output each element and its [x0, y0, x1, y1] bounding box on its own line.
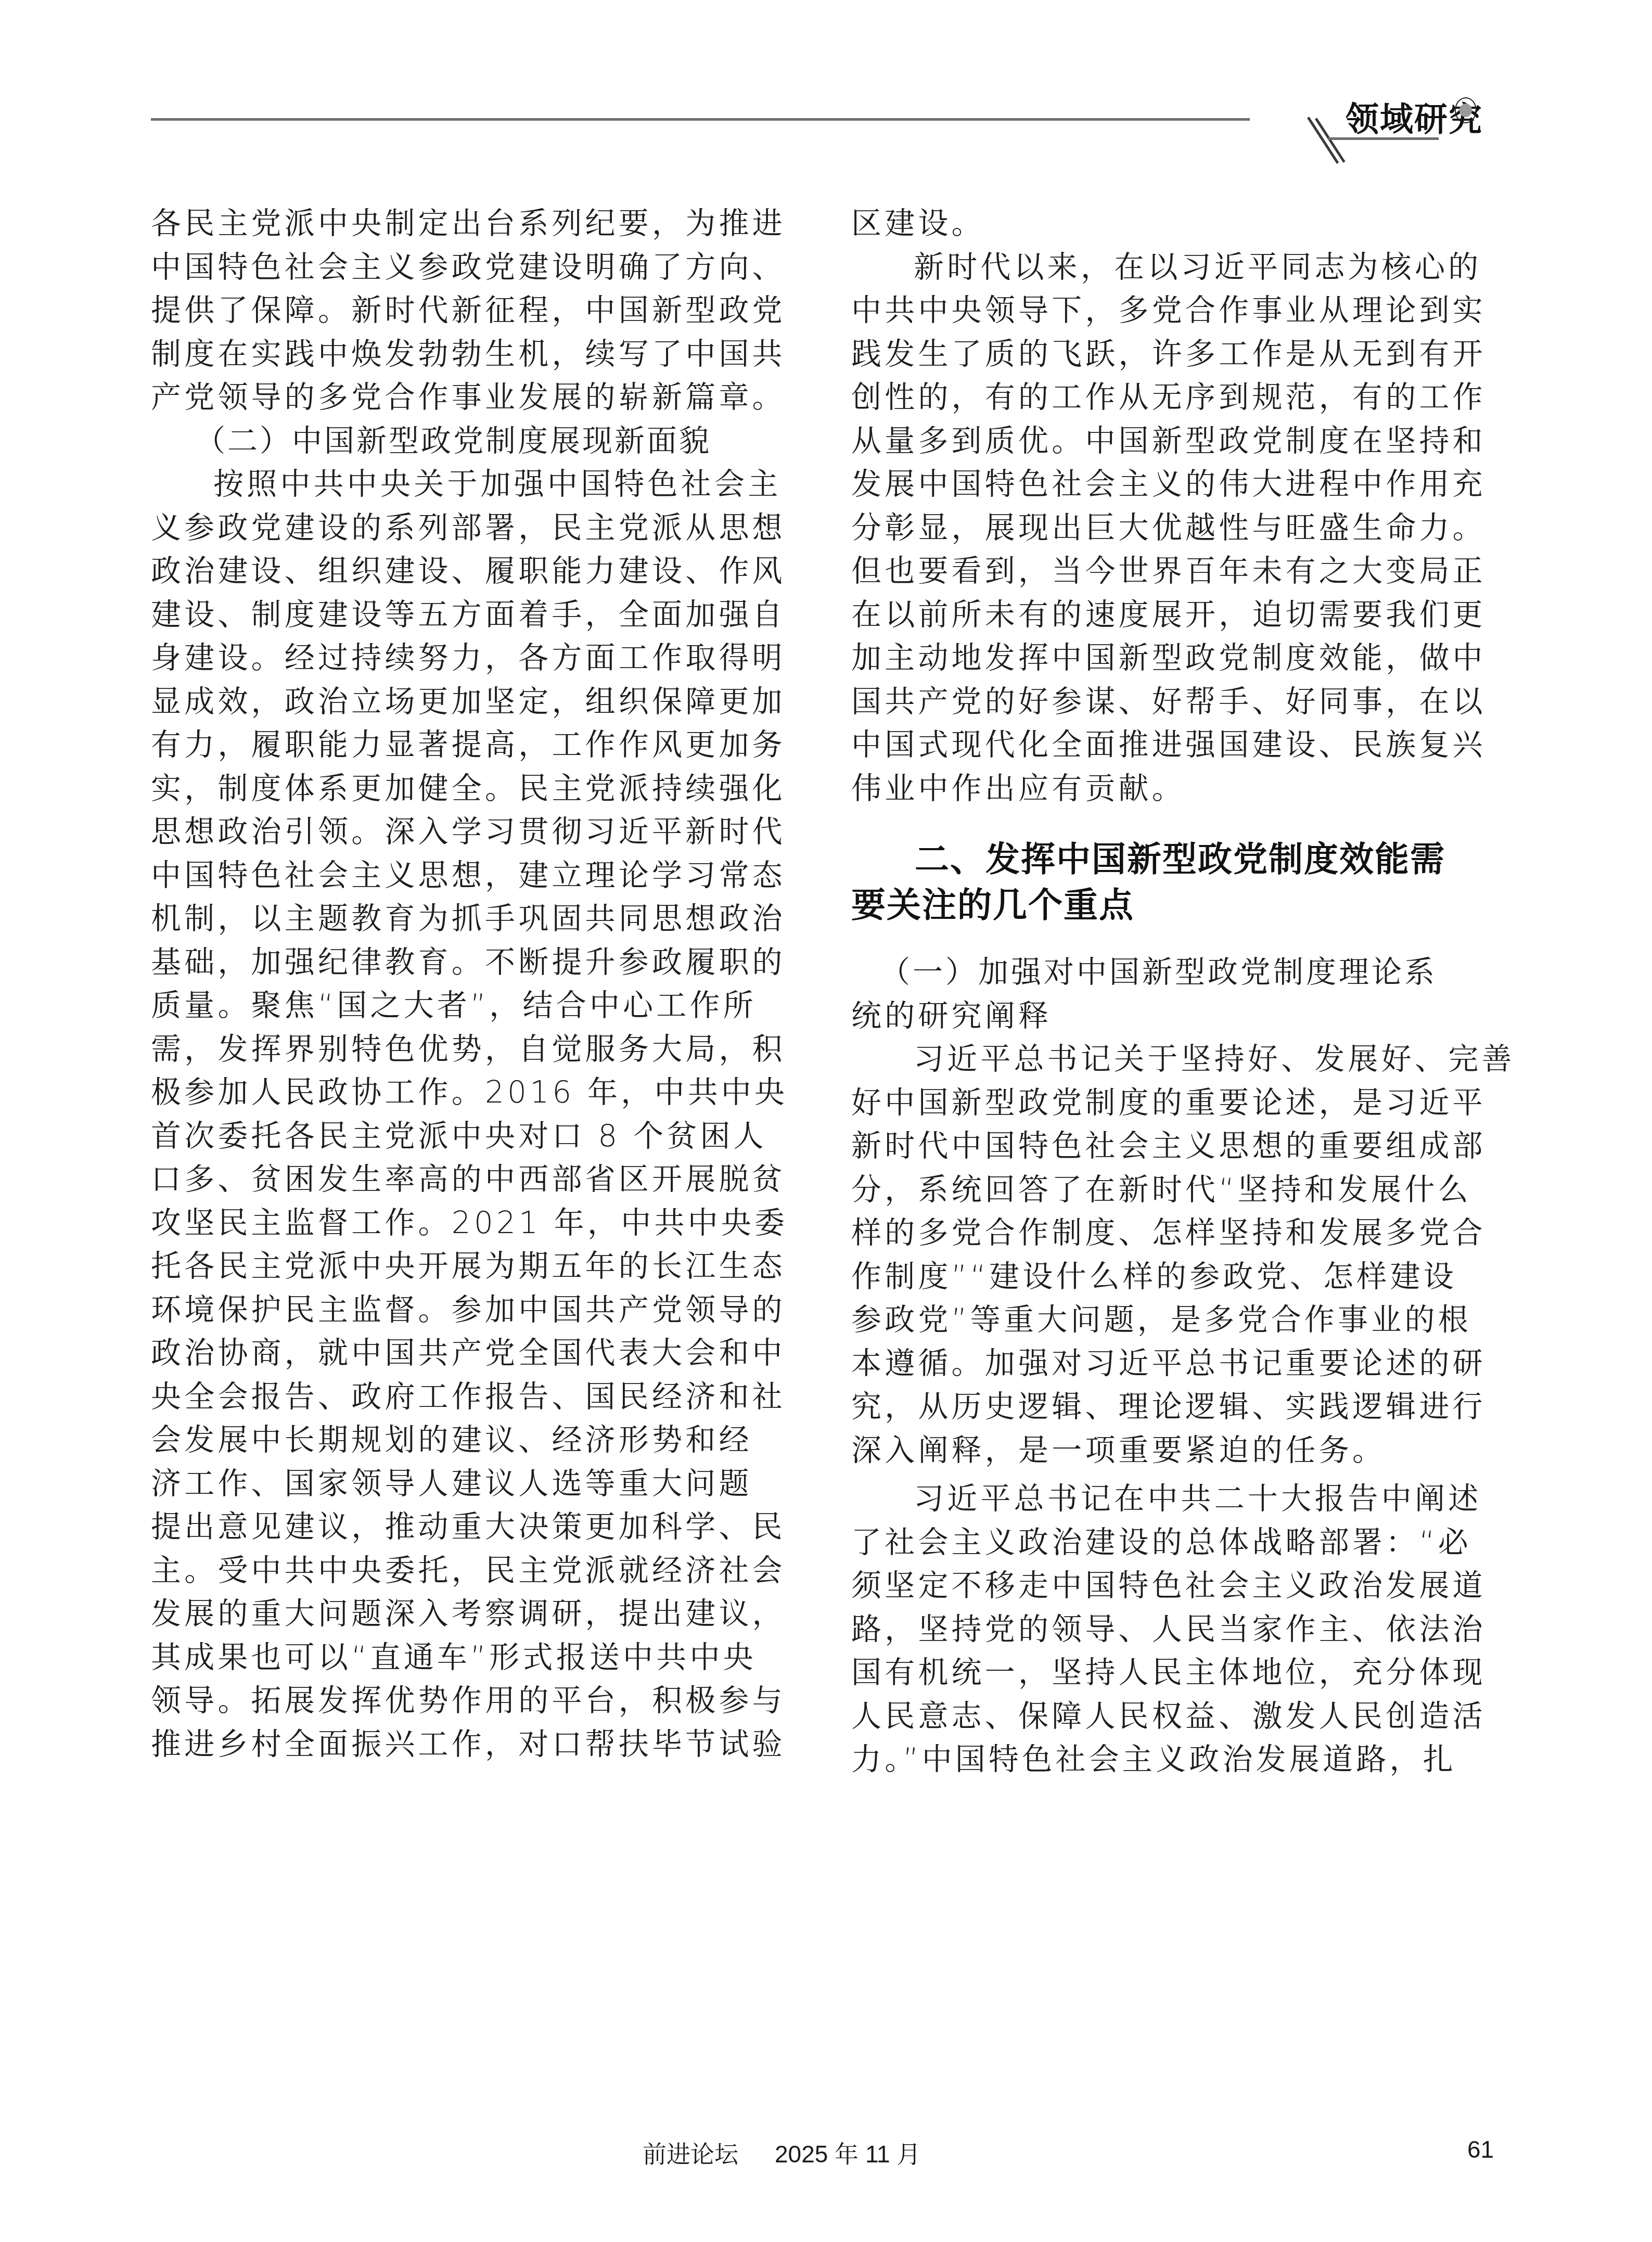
text-line: 人民意志、保障人民权益、激发人民创造活	[851, 1695, 1496, 1738]
text-line: 托各民主党派中央开展为期五年的长江生态	[151, 1245, 796, 1288]
text-line: 参政党”等重大问题，是多党合作事业的根	[851, 1298, 1496, 1342]
text-line: 习近平总书记关于坚持好、发展好、完善	[851, 1037, 1496, 1081]
text-line: 创性的，有的工作从无序到规范，有的工作	[851, 376, 1496, 419]
text-line: 基础，加强纪律教育。不断提升参政履职的	[151, 941, 796, 984]
section-heading-line: 要关注的几个重点	[851, 882, 1496, 928]
text-line: 伟业中作出应有贡献。	[851, 767, 1496, 811]
header-slash-2	[1315, 118, 1346, 163]
subheading-2: （二）中国新型政党制度展现新面貌	[151, 419, 796, 463]
badge-dot	[1459, 104, 1472, 117]
text-line: 有力，履职能力显著提高，工作作风更加务	[151, 723, 796, 767]
text-line: 中共中央领导下，多党合作事业从理论到实	[851, 289, 1496, 332]
text-line: 新时代以来，在以习近平同志为核心的	[851, 246, 1496, 289]
paragraph-2: 按照中共中央关于加强中国特色社会主 义参政党建设的系列部署，民主党派从思想 政治…	[151, 463, 796, 1766]
text-line: 分，系统回答了在新时代“坚持和发展什么	[851, 1168, 1496, 1212]
subheading-line: 统的研究阐释	[851, 994, 1496, 1038]
text-line: 国共产党的好参谋、好帮手、好同事，在以	[851, 680, 1496, 724]
text-line: 究，从历史逻辑、理论逻辑、实践逻辑进行	[851, 1385, 1496, 1429]
text-line: 提供了保障。新时代新征程，中国新型政党	[151, 289, 796, 332]
text-line: 各民主党派中央制定出台系列纪要，为推进	[151, 202, 796, 246]
paragraph-5: 习近平总书记在中共二十大报告中阐述 了社会主义政治建设的总体战略部署：“必 须坚…	[851, 1477, 1496, 1782]
header-slash-1	[1307, 117, 1339, 164]
text-line: 中国特色社会主义思想，建立理论学习常态	[151, 854, 796, 898]
subheading-1: （一）加强对中国新型政党制度理论系 统的研究阐释	[851, 951, 1496, 1037]
paragraph-4: 习近平总书记关于坚持好、发展好、完善 好中国新型政党制度的重要论述，是习近平 新…	[851, 1037, 1496, 1472]
text-line: 须坚定不移走中国特色社会主义政治发展道	[851, 1564, 1496, 1608]
text-line: 需，发挥界别特色优势，自觉服务大局，积	[151, 1028, 796, 1071]
text-line: 其成果也可以“直通车”形式报送中共中央	[151, 1636, 796, 1680]
spacer	[851, 810, 1496, 836]
left-column: 各民主党派中央制定出台系列纪要，为推进 中国特色社会主义参政党建设明确了方向、 …	[151, 202, 796, 1766]
text-line: 作制度”“建设什么样的参政党、怎样建设	[851, 1255, 1496, 1299]
text-line: 政治协商，就中国共产党全国代表大会和中	[151, 1331, 796, 1375]
text-line: 首次委托各民主党派中央对口 8 个贫困人	[151, 1114, 796, 1158]
text-line: 环境保护民主监督。参加中国共产党领导的	[151, 1288, 796, 1332]
text-line: 新时代中国特色社会主义思想的重要组成部	[851, 1124, 1496, 1168]
text-line: 本遵循。加强对习近平总书记重要论述的研	[851, 1342, 1496, 1386]
text-line: 但也要看到，当今世界百年未有之大变局正	[851, 549, 1496, 593]
text-line: 济工作、国家领导人建议人选等重大问题	[151, 1462, 796, 1506]
text-line: 区建设。	[851, 202, 1496, 246]
text-line: 路，坚持党的领导、人民当家作主、依法治	[851, 1608, 1496, 1651]
text-line: 发展的重大问题深入考察调研，提出建议，	[151, 1592, 796, 1636]
text-line: 发展中国特色社会主义的伟大进程中作用充	[851, 463, 1496, 506]
text-line: 推进乡村全面振兴工作，对口帮扶毕节试验	[151, 1723, 796, 1766]
spacer	[851, 928, 1496, 951]
target-circle-icon	[1455, 97, 1477, 123]
subheading-line: （一）加强对中国新型政党制度理论系	[851, 951, 1496, 994]
right-column: 区建设。 新时代以来，在以习近平同志为核心的 中共中央领导下，多党合作事业从理论…	[851, 202, 1496, 1782]
text-line: 极参加人民政协工作。2016 年，中共中央	[151, 1071, 796, 1114]
section-heading: 二、发挥中国新型政党制度效能需 要关注的几个重点	[851, 836, 1496, 928]
text-line: 习近平总书记在中共二十大报告中阐述	[851, 1477, 1496, 1521]
text-line: 好中国新型政党制度的重要论述，是习近平	[851, 1081, 1496, 1125]
text-line: 从量多到质优。中国新型政党制度在坚持和	[851, 419, 1496, 463]
journal-name: 前进论坛	[643, 2135, 738, 2170]
text-line: 在以前所未有的速度展开，迫切需要我们更	[851, 593, 1496, 637]
text-line: 义参政党建设的系列部署，民主党派从思想	[151, 506, 796, 550]
text-line: 攻坚民主监督工作。2021 年，中共中央委	[151, 1201, 796, 1245]
text-line: 领导。拓展发挥优势作用的平台，积极参与	[151, 1679, 796, 1723]
text-line: 中国式现代化全面推进强国建设、民族复兴	[851, 723, 1496, 767]
page-number: 61	[1467, 2135, 1494, 2163]
text-line: 机制，以主题教育为抓手巩固共同思想政治	[151, 897, 796, 941]
text-line: 践发生了质的飞跃，许多工作是从无到有开	[851, 332, 1496, 376]
text-line: 深入阐释，是一项重要紧迫的任务。	[851, 1429, 1496, 1472]
text-line: 口多、贫困发生率高的中西部省区开展脱贫	[151, 1158, 796, 1201]
text-line: 政治建设、组织建设、履职能力建设、作风	[151, 549, 796, 593]
text-line: 提出意见建议，推动重大决策更加科学、民	[151, 1505, 796, 1549]
text-line: 力。”中国特色社会主义政治发展道路，扎	[851, 1738, 1496, 1782]
header-rule-left	[151, 118, 1250, 121]
text-line: 中国特色社会主义参政党建设明确了方向、	[151, 246, 796, 289]
text-line: 实，制度体系更加健全。民主党派持续强化	[151, 767, 796, 811]
paragraph-1: 各民主党派中央制定出台系列纪要，为推进 中国特色社会主义参政党建设明确了方向、 …	[151, 202, 796, 419]
text-line: 身建设。经过持续努力，各方面工作取得明	[151, 636, 796, 680]
text-line: 思想政治引领。深入学习贯彻习近平新时代	[151, 810, 796, 854]
text-line: 按照中共中央关于加强中国特色社会主	[151, 463, 796, 506]
text-line: 会发展中长期规划的建议、经济形势和经	[151, 1418, 796, 1462]
text-line: 建设、制度建设等五方面着手，全面加强自	[151, 593, 796, 637]
paragraph-3: 新时代以来，在以习近平同志为核心的 中共中央领导下，多党合作事业从理论到实 践发…	[851, 246, 1496, 811]
text-line: 加主动地发挥中国新型政党制度效能，做中	[851, 636, 1496, 680]
text-line: 央全会报告、政府工作报告、国民经济和社	[151, 1375, 796, 1419]
text-line: 制度在实践中焕发勃勃生机，续写了中国共	[151, 332, 796, 376]
text-line: 显成效，政治立场更加坚定，组织保障更加	[151, 680, 796, 724]
text-line: 国有机统一，坚持人民主体地位，充分体现	[851, 1651, 1496, 1695]
issue-date: 2025 年 11 月	[775, 2135, 920, 2170]
text-line: 主。受中共中央委托，民主党派就经济社会	[151, 1549, 796, 1593]
text-line: 分彰显，展现出巨大优越性与旺盛生命力。	[851, 506, 1496, 550]
text-line: 产党领导的多党合作事业发展的崭新篇章。	[151, 376, 796, 419]
section-heading-line: 二、发挥中国新型政党制度效能需	[851, 836, 1496, 882]
text-line: 质量。聚焦“国之大者”，结合中心工作所	[151, 984, 796, 1028]
text-line: 样的多党合作制度、怎样坚持和发展多党合	[851, 1211, 1496, 1255]
text-line: 了社会主义政治建设的总体战略部署：“必	[851, 1521, 1496, 1565]
